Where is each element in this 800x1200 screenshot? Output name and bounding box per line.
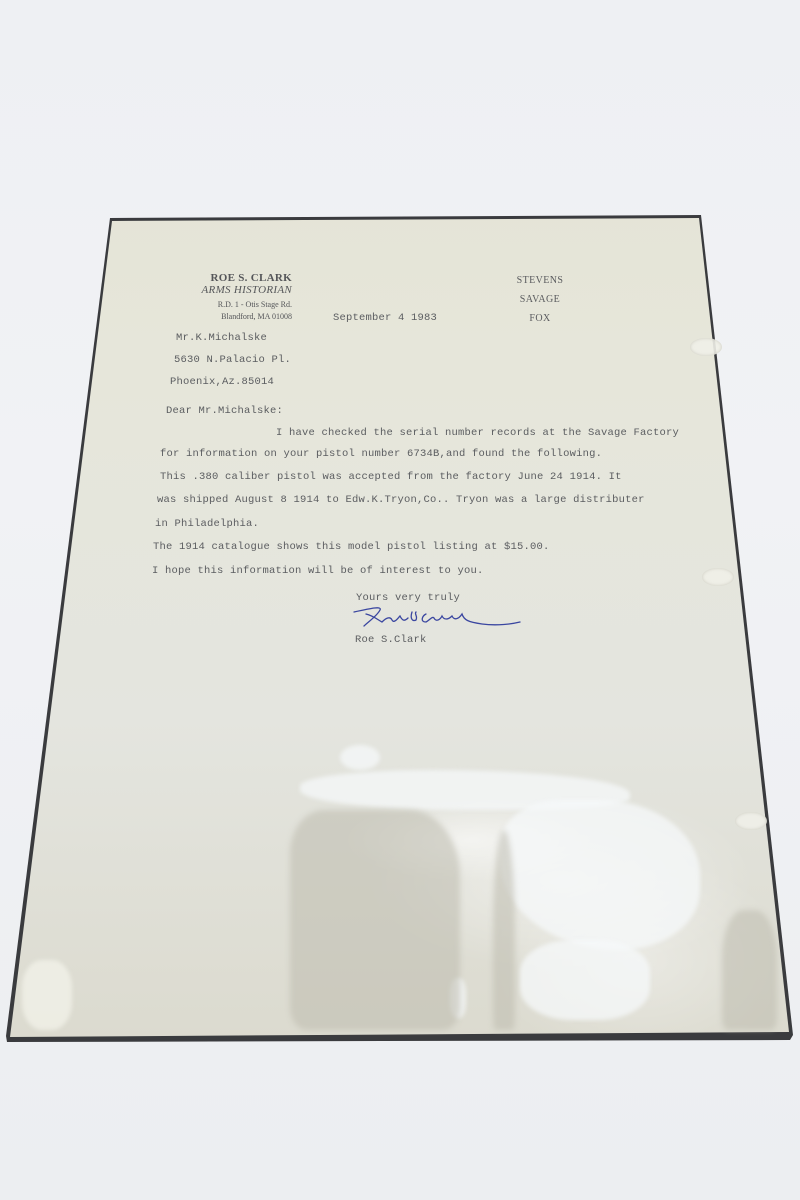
brand-stevens: STEVENS <box>500 275 580 286</box>
punch-hole <box>735 812 767 830</box>
letterhead-name: ROE S. CLARK <box>180 272 292 284</box>
closing: Yours very truly <box>356 592 460 604</box>
body-line: I hope this information will be of inter… <box>152 565 484 577</box>
body-line: This .380 caliber pistol was accepted fr… <box>160 471 622 483</box>
body-line: in Philadelphia. <box>155 518 259 530</box>
salutation: Dear Mr.Michalske: <box>166 405 283 417</box>
body-line: was shipped August 8 1914 to Edw.K.Tryon… <box>157 494 645 506</box>
punch-hole <box>690 338 722 356</box>
letterhead-address-line-1: R.D. 1 - Otis Stage Rd. <box>180 299 292 311</box>
letterhead: ROE S. CLARK ARMS HISTORIAN R.D. 1 - Oti… <box>180 272 292 323</box>
photo-scene: ROE S. CLARK ARMS HISTORIAN R.D. 1 - Oti… <box>0 0 800 1200</box>
signature <box>352 604 522 630</box>
letterhead-title: ARMS HISTORIAN <box>180 284 292 296</box>
recipient-street: 5630 N.Palacio Pl. <box>174 354 291 366</box>
letter-date: September 4 1983 <box>333 312 437 324</box>
brand-fox: FOX <box>500 313 580 324</box>
body-line: The 1914 catalogue shows this model pist… <box>153 541 550 553</box>
body-line: I have checked the serial number records… <box>276 427 679 439</box>
signer-name: Roe S.Clark <box>355 634 427 646</box>
letterhead-address-line-2: Blandford, MA 01008 <box>180 311 292 323</box>
body-line: for information on your pistol number 67… <box>160 448 602 460</box>
brand-savage: SAVAGE <box>500 294 580 305</box>
recipient-name: Mr.K.Michalske <box>176 332 267 344</box>
recipient-city: Phoenix,Az.85014 <box>170 376 274 388</box>
punch-hole <box>702 568 734 586</box>
